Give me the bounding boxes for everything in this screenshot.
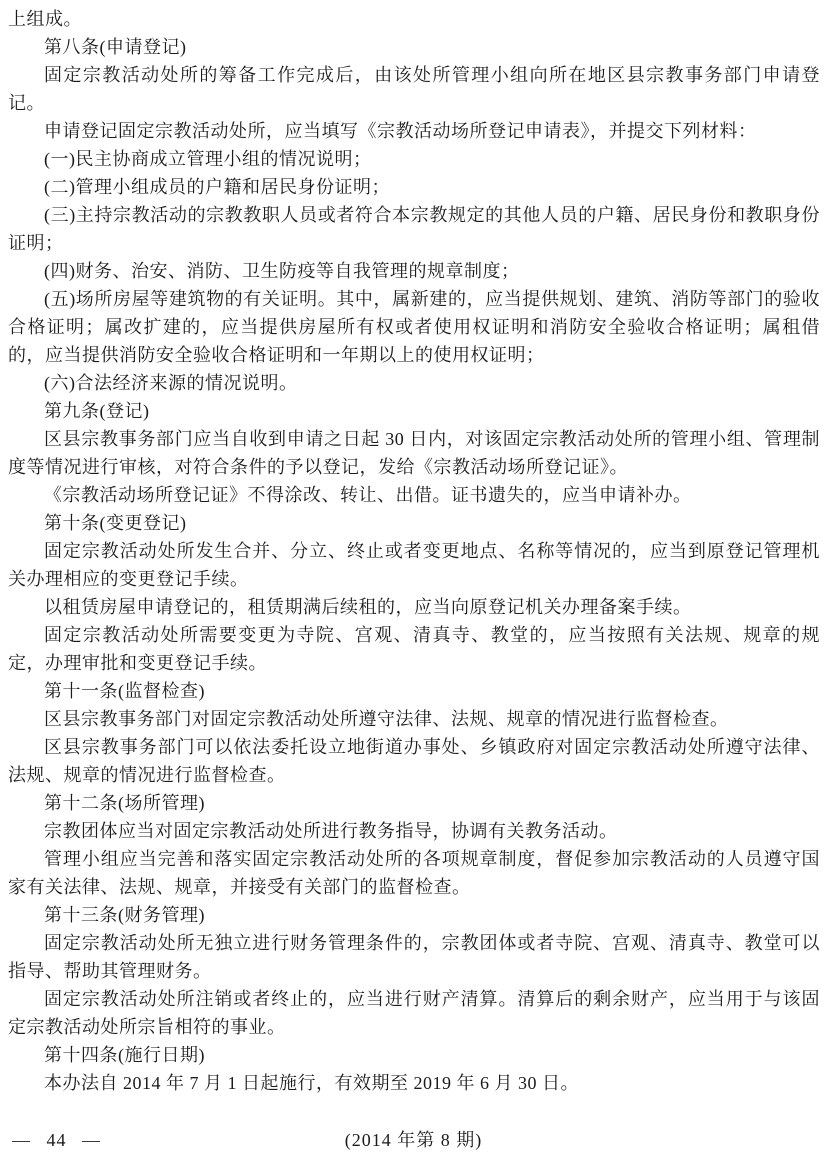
article-8-para-1: 固定宗教活动处所的筹备工作完成后，由该处所管理小组向所在地区县宗教事务部门申请登…	[8, 61, 820, 117]
article-13-para-2: 固定宗教活动处所注销或者终止的，应当进行财产清算。清算后的剩余财产，应当用于与该…	[8, 985, 820, 1041]
article-11-para-1: 区县宗教事务部门对固定宗教活动处所遵守法律、法规、规章的情况进行监督检查。	[8, 705, 820, 733]
article-8-item-6: (六)合法经济来源的情况说明。	[8, 369, 820, 397]
page-number: — 44 —	[12, 1126, 101, 1154]
article-10-para-1: 固定宗教活动处所发生合并、分立、终止或者变更地点、名称等情况的，应当到原登记管理…	[8, 537, 820, 593]
article-12-para-2: 管理小组应当完善和落实固定宗教活动处所的各项规章制度，督促参加宗教活动的人员遵守…	[8, 845, 820, 901]
article-14-para-1: 本办法自 2014 年 7 月 1 日起施行，有效期至 2019 年 6 月 3…	[8, 1069, 820, 1097]
article-8-item-1: (一)民主协商成立管理小组的情况说明；	[8, 145, 820, 173]
article-10-para-3: 固定宗教活动处所需要变更为寺院、宫观、清真寺、教堂的，应当按照有关法规、规章的规…	[8, 621, 820, 677]
page-footer: — 44 — (2014 年第 8 期)	[0, 1126, 827, 1156]
para-continuation: 上组成。	[8, 5, 820, 33]
article-9-heading: 第九条(登记)	[8, 397, 820, 425]
document-body: 上组成。 第八条(申请登记) 固定宗教活动处所的筹备工作完成后，由该处所管理小组…	[8, 5, 820, 1097]
article-12-heading: 第十二条(场所管理)	[8, 789, 820, 817]
article-8-para-2: 申请登记固定宗教活动处所，应当填写《宗教活动场所登记申请表》，并提交下列材料：	[8, 117, 820, 145]
article-12-para-1: 宗教团体应当对固定宗教活动处所进行教务指导，协调有关教务活动。	[8, 817, 820, 845]
article-10-para-2: 以租赁房屋申请登记的，租赁期满后续租的，应当向原登记机关办理备案手续。	[8, 593, 820, 621]
article-10-heading: 第十条(变更登记)	[8, 509, 820, 537]
article-8-item-3: (三)主持宗教活动的宗教教职人员或者符合本宗教规定的其他人员的户籍、居民身份和教…	[8, 201, 820, 257]
article-11-para-2: 区县宗教事务部门可以依法委托设立地街道办事处、乡镇政府对固定宗教活动处所遵守法律…	[8, 733, 820, 789]
article-13-para-1: 固定宗教活动处所无独立进行财务管理条件的，宗教团体或者寺院、宫观、清真寺、教堂可…	[8, 929, 820, 985]
article-13-heading: 第十三条(财务管理)	[8, 901, 820, 929]
article-8-item-4: (四)财务、治安、消防、卫生防疫等自我管理的规章制度；	[8, 257, 820, 285]
article-9-para-2: 《宗教活动场所登记证》不得涂改、转让、出借。证书遗失的，应当申请补办。	[8, 481, 820, 509]
article-8-heading: 第八条(申请登记)	[8, 33, 820, 61]
article-14-heading: 第十四条(施行日期)	[8, 1041, 820, 1069]
article-8-item-5: (五)场所房屋等建筑物的有关证明。其中，属新建的，应当提供规划、建筑、消防等部门…	[8, 285, 820, 369]
article-9-para-1: 区县宗教事务部门应当自收到申请之日起 30 日内，对该固定宗教活动处所的管理小组…	[8, 425, 820, 481]
article-8-item-2: (二)管理小组成员的户籍和居民身份证明；	[8, 173, 820, 201]
issue-label: (2014 年第 8 期)	[0, 1126, 827, 1154]
article-11-heading: 第十一条(监督检查)	[8, 677, 820, 705]
